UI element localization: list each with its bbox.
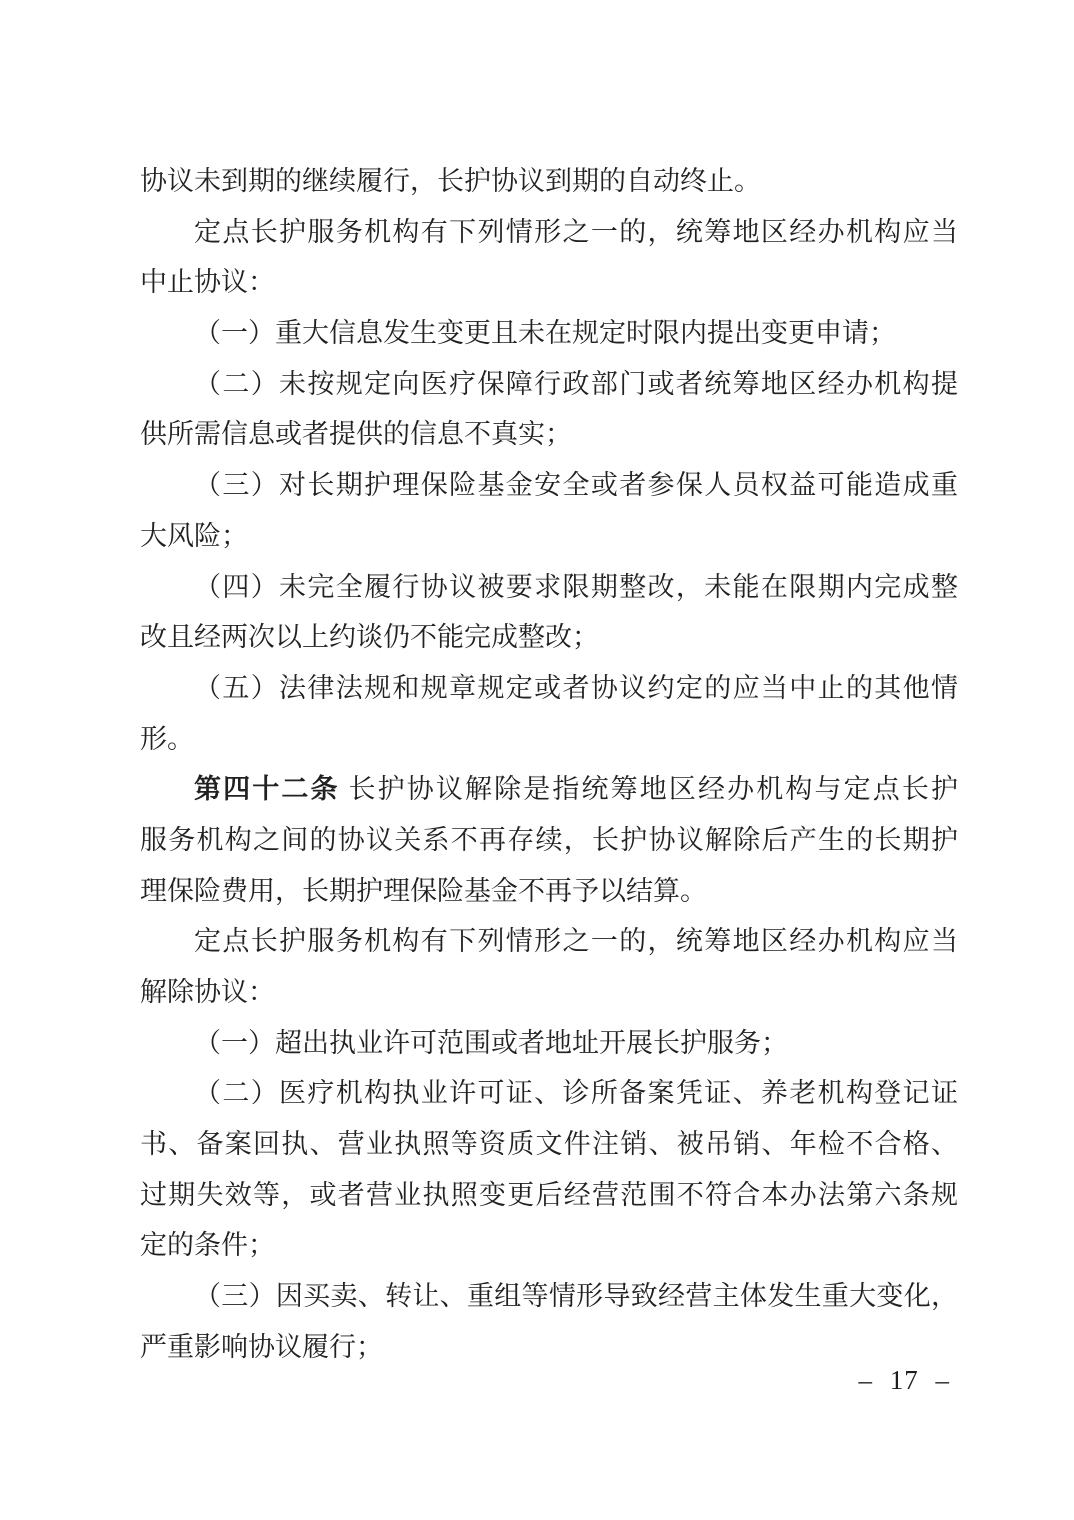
text-line: 第四十二条 长护协议解除是指统筹地区经办机构与定点长护 [140, 764, 958, 815]
text-line: 协议未到期的继续履行，长护协议到期的自动终止。 [140, 156, 958, 207]
text-run: 长护协议解除是指统筹地区经办机构与定点长护 [340, 774, 958, 804]
text-run: 协议未到期的继续履行，长护协议到期的自动终止。 [140, 166, 761, 196]
text-line: 供所需信息或者提供的信息不真实； [140, 409, 958, 460]
text-line: 服务机构之间的协议关系不再存续，长护协议解除后产生的长期护 [140, 815, 958, 866]
text-run: 定的条件； [140, 1230, 275, 1260]
text-run: 定点长护服务机构有下列情形之一的，统筹地区经办机构应当 [194, 217, 958, 247]
text-run: 形。 [140, 724, 194, 754]
text-run: 严重影响协议履行； [140, 1332, 383, 1362]
text-line: （二）未按规定向医疗保障行政部门或者统筹地区经办机构提 [140, 359, 958, 410]
text-run: （二）未按规定向医疗保障行政部门或者统筹地区经办机构提 [194, 369, 958, 399]
text-run: 大风险； [140, 521, 248, 551]
text-run: 理保险费用，长期护理保险基金不再予以结算。 [140, 876, 707, 906]
text-run: 解除协议： [140, 977, 275, 1007]
page-number: – 17 – [859, 1366, 951, 1394]
text-run: 改且经两次以上约谈仍不能完成整改； [140, 622, 599, 652]
text-line: （三）对长期护理保险基金安全或者参保人员权益可能造成重 [140, 460, 958, 511]
text-line: 改且经两次以上约谈仍不能完成整改； [140, 612, 958, 663]
text-run: （三）因买卖、转让、重组等情形导致经营主体发生重大变化， [194, 1281, 958, 1311]
text-run: 中止协议： [140, 267, 275, 297]
text-line: 严重影响协议履行； [140, 1322, 958, 1373]
text-run: （四）未完全履行协议被要求限期整改，未能在限期内完成整 [194, 572, 958, 602]
text-run: （三）对长期护理保险基金安全或者参保人员权益可能造成重 [194, 470, 958, 500]
document-page: 协议未到期的继续履行，长护协议到期的自动终止。定点长护服务机构有下列情形之一的，… [0, 0, 1074, 1520]
text-line: （四）未完全履行协议被要求限期整改，未能在限期内完成整 [140, 562, 958, 613]
text-run: 定点长护服务机构有下列情形之一的，统筹地区经办机构应当 [194, 926, 958, 956]
text-line: 理保险费用，长期护理保险基金不再予以结算。 [140, 866, 958, 917]
text-line: 书、备案回执、营业执照等资质文件注销、被吊销、年检不合格、 [140, 1119, 958, 1170]
text-run: 供所需信息或者提供的信息不真实； [140, 419, 572, 449]
text-line: （三）因买卖、转让、重组等情形导致经营主体发生重大变化， [140, 1271, 958, 1322]
text-line: 定的条件； [140, 1220, 958, 1271]
text-run: （一）重大信息发生变更且未在规定时限内提出变更申请； [194, 318, 896, 348]
text-run: 书、备案回执、营业执照等资质文件注销、被吊销、年检不合格、 [140, 1129, 958, 1159]
text-line: （五）法律法规和规章规定或者协议约定的应当中止的其他情 [140, 663, 958, 714]
text-line: （一）重大信息发生变更且未在规定时限内提出变更申请； [140, 308, 958, 359]
article-number-bold-run: 第四十二条 [194, 774, 340, 804]
text-line: 形。 [140, 714, 958, 765]
text-line: （一）超出执业许可范围或者地址开展长护服务； [140, 1018, 958, 1069]
text-run: 服务机构之间的协议关系不再存续，长护协议解除后产生的长期护 [140, 825, 958, 855]
text-line: 定点长护服务机构有下列情形之一的，统筹地区经办机构应当 [140, 916, 958, 967]
text-line: 大风险； [140, 511, 958, 562]
text-line: 过期失效等，或者营业执照变更后经营范围不符合本办法第六条规 [140, 1170, 958, 1221]
text-line: （二）医疗机构执业许可证、诊所备案凭证、养老机构登记证 [140, 1068, 958, 1119]
text-run: （一）超出执业许可范围或者地址开展长护服务； [194, 1028, 788, 1058]
text-run: （五）法律法规和规章规定或者协议约定的应当中止的其他情 [194, 673, 958, 703]
text-line: 解除协议： [140, 967, 958, 1018]
text-run: 过期失效等，或者营业执照变更后经营范围不符合本办法第六条规 [140, 1180, 958, 1210]
text-line: 定点长护服务机构有下列情形之一的，统筹地区经办机构应当 [140, 207, 958, 258]
text-line: 中止协议： [140, 257, 958, 308]
text-run: （二）医疗机构执业许可证、诊所备案凭证、养老机构登记证 [194, 1078, 958, 1108]
body-text-block: 协议未到期的继续履行，长护协议到期的自动终止。定点长护服务机构有下列情形之一的，… [140, 156, 958, 1373]
